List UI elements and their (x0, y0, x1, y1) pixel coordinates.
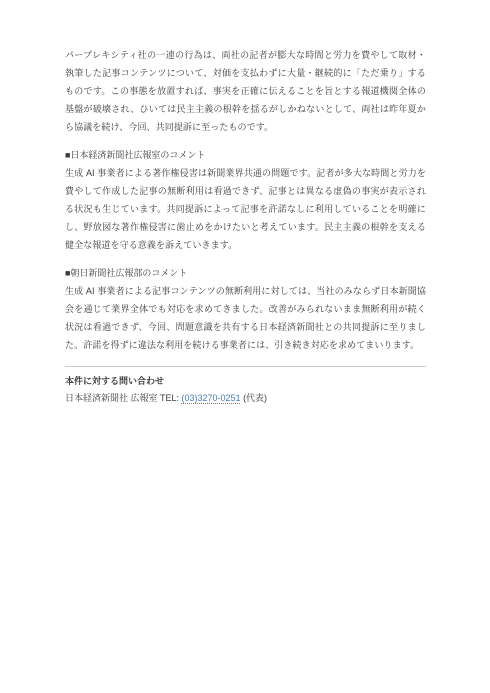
asahi-comment-body: 生成 AI 事業者による記事コンテンツの無断利用に対しては、当社のみならず日本新… (65, 282, 426, 354)
footer-divider (65, 366, 426, 367)
contact-title: 本件に対する問い合わせ (65, 373, 426, 390)
contact-line: 日本経済新聞社 広報室 TEL: (03)3270-0251 (代表) (65, 390, 426, 407)
contact-footer: 本件に対する問い合わせ 日本経済新聞社 広報室 TEL: (03)3270-02… (65, 373, 426, 407)
contact-prefix: 日本経済新聞社 広報室 TEL: (65, 393, 182, 403)
intro-paragraph: パープレキシティ社の一連の行為は、両社の記者が膨大な時間と労力を費やして取材・執… (65, 46, 426, 136)
asahi-comment-heading: ■朝日新聞社広報部のコメント (65, 264, 426, 282)
nikkei-comment-section: ■日本経済新聞社広報室のコメント 生成 AI 事業者による著作権侵害は新聞業界共… (65, 146, 426, 254)
asahi-comment-section: ■朝日新聞社広報部のコメント 生成 AI 事業者による記事コンテンツの無断利用に… (65, 264, 426, 354)
nikkei-comment-heading: ■日本経済新聞社広報室のコメント (65, 146, 426, 164)
nikkei-comment-body: 生成 AI 事業者による著作権侵害は新聞業界共通の問題です。記者が多大な時間と労… (65, 164, 426, 254)
phone-link[interactable]: (03)3270-0251 (182, 393, 241, 403)
press-release-page: パープレキシティ社の一連の行為は、両社の記者が膨大な時間と労力を費やして取材・執… (0, 0, 490, 693)
contact-suffix: (代表) (241, 393, 268, 403)
